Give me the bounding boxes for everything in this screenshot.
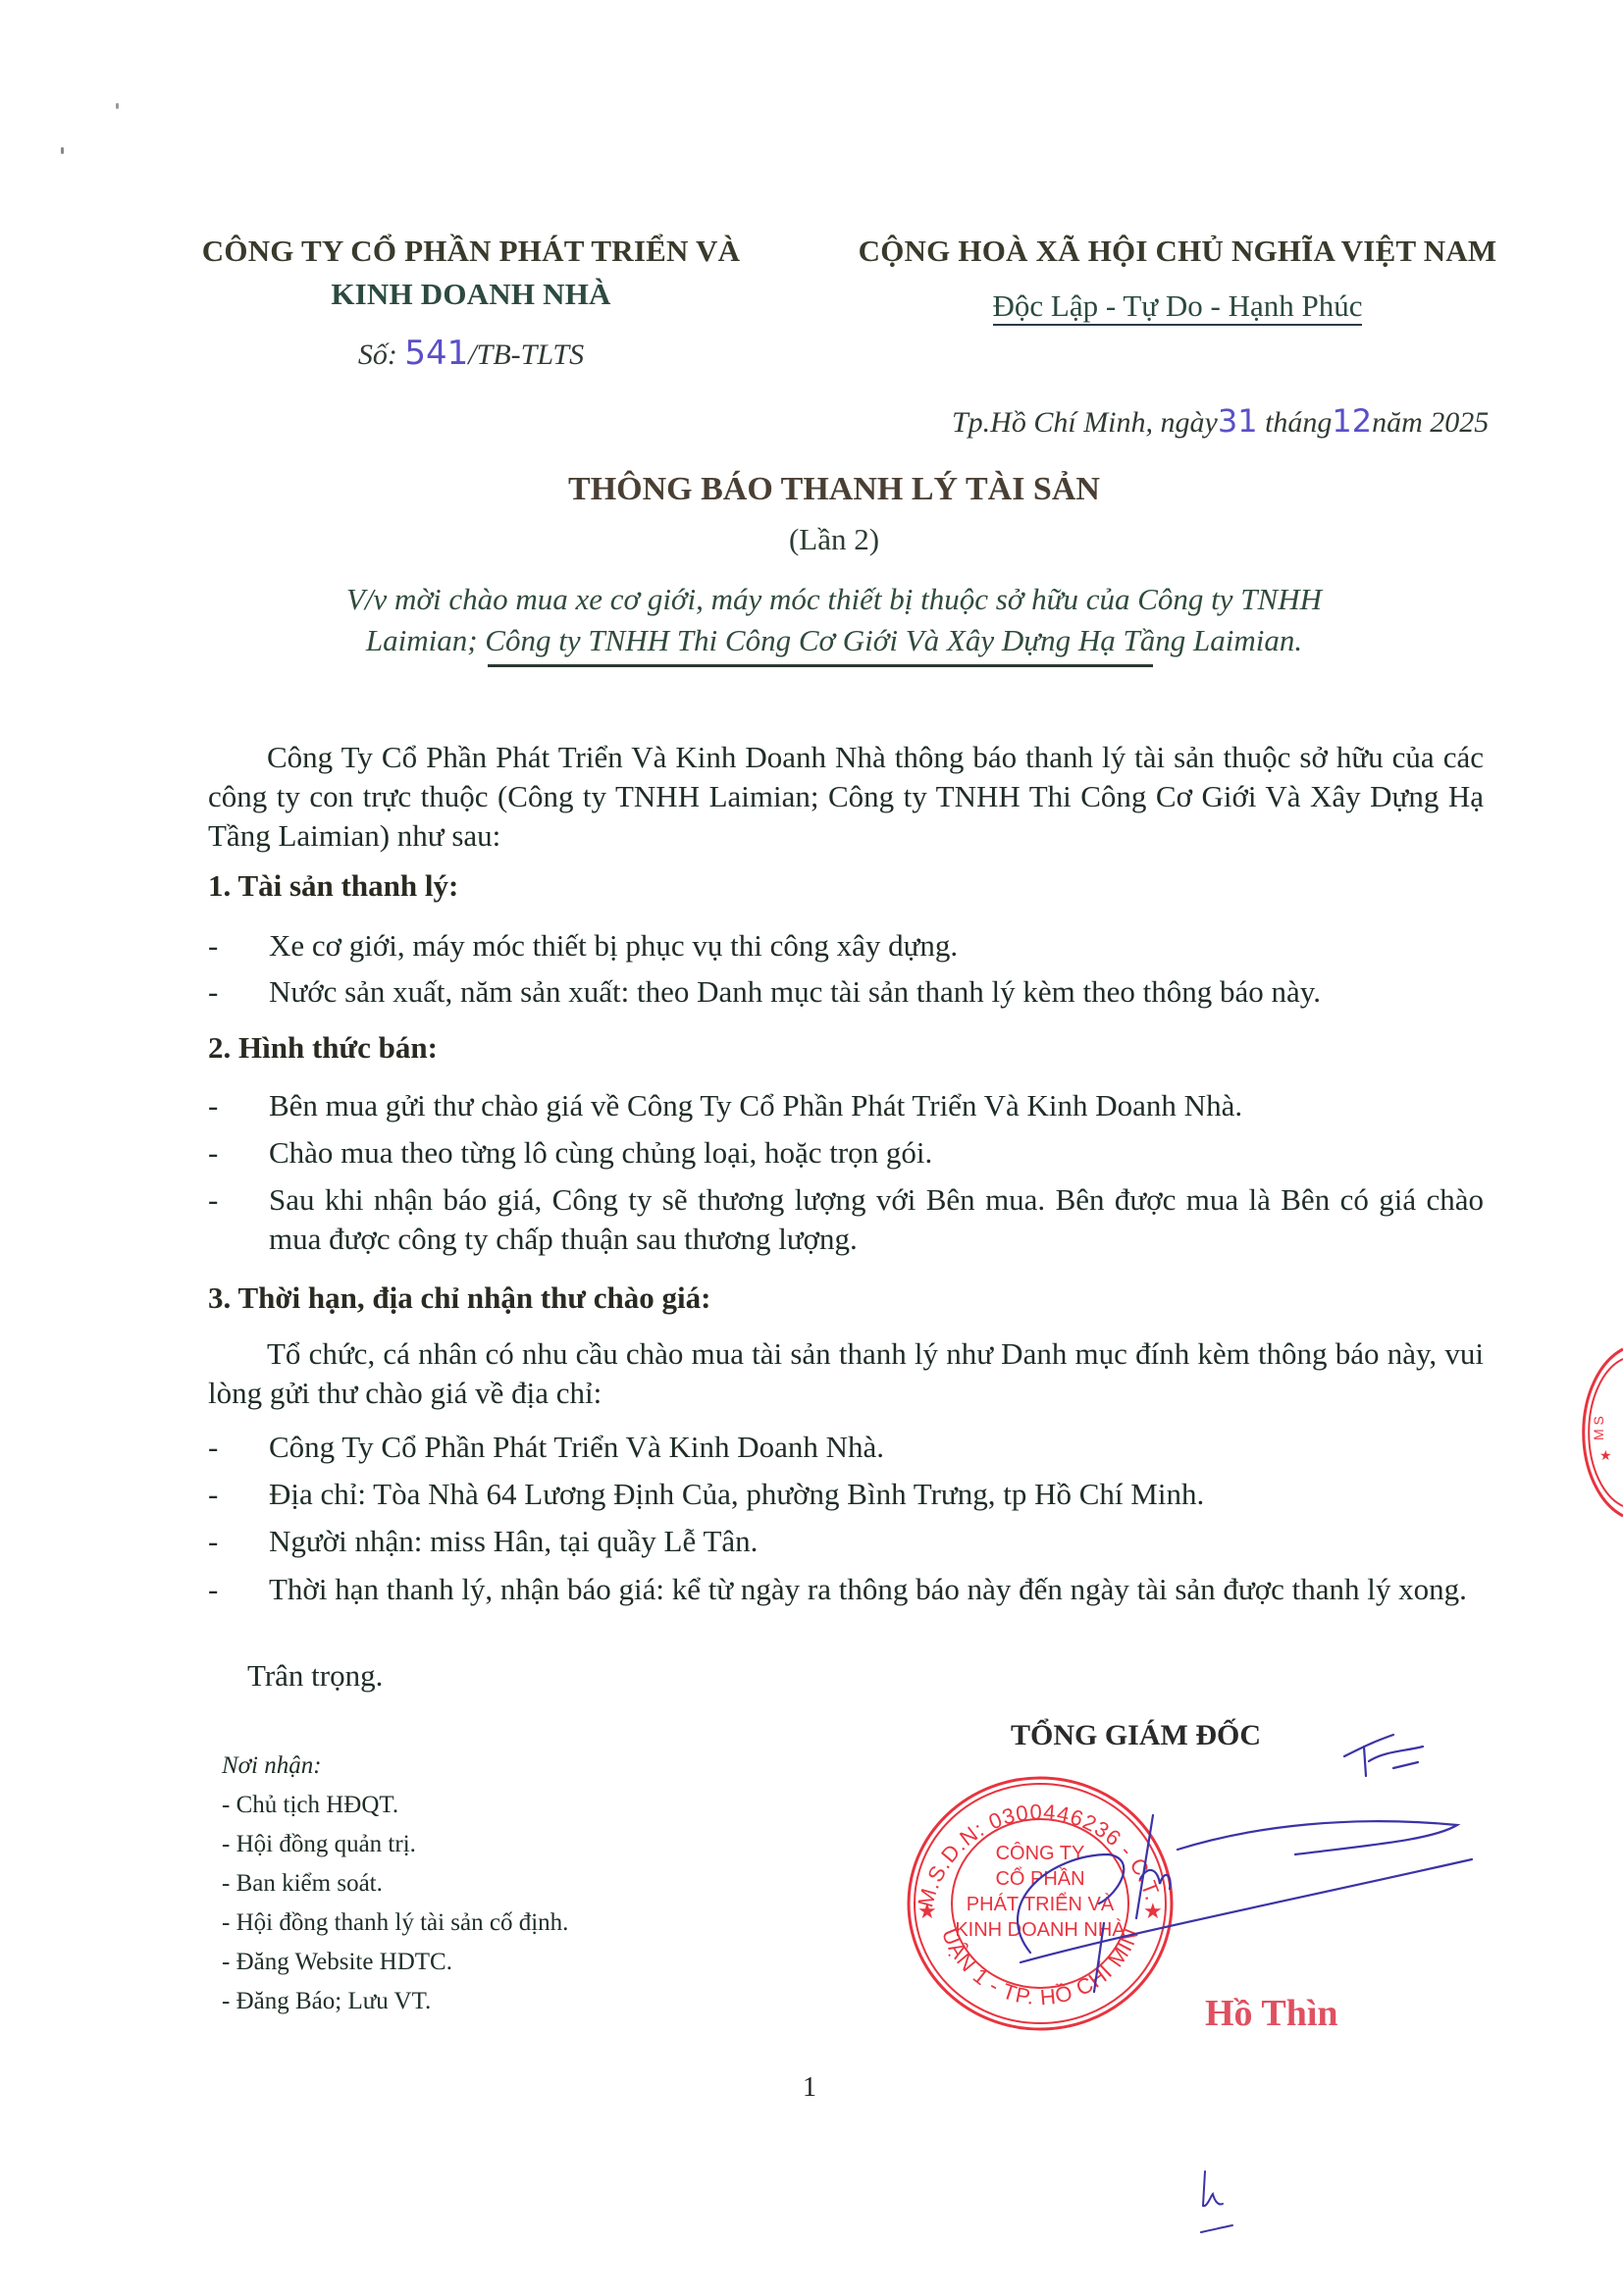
motto-text: Độc Lập - Tự Do - Hạnh Phúc [993, 288, 1363, 326]
section-2-heading: 2. Hình thức bán: [208, 1030, 438, 1066]
bullet-dash: - [208, 1133, 269, 1173]
bullet-dash: - [208, 1180, 269, 1259]
list-item: - Người nhận: miss Hân, tại quầy Lễ Tân. [208, 1522, 1484, 1561]
doc-number-suffix: /TB-TLTS [468, 339, 584, 371]
scan-speck [61, 147, 64, 154]
document-number: Số: 541/TB-TLTS [147, 334, 795, 373]
subject-line-1: V/v mời chào mua xe cơ giới, máy móc thi… [226, 579, 1442, 620]
notice-round: (Lần 2) [275, 522, 1393, 557]
bullet-text: Địa chỉ: Tòa Nhà 64 Lương Định Của, phườ… [269, 1475, 1484, 1514]
intro-paragraph: Công Ty Cổ Phần Phát Triển Và Kinh Doanh… [208, 738, 1484, 856]
section-1-heading: 1. Tài sản thanh lý: [208, 868, 458, 904]
bullet-dash: - [208, 1428, 269, 1467]
bullet-text: Công Ty Cổ Phần Phát Triển Và Kinh Doanh… [269, 1428, 1484, 1467]
company-name-line1: CÔNG TY CỔ PHẦN PHÁT TRIỂN VÀ [147, 234, 795, 269]
company-name-line2: KINH DOANH NHÀ [147, 277, 795, 312]
list-item: - Công Ty Cổ Phần Phát Triển Và Kinh Doa… [208, 1428, 1484, 1467]
scan-speck [116, 103, 119, 109]
national-motto: Độc Lập - Tự Do - Hạnh Phúc [824, 288, 1531, 324]
bullet-text: Xe cơ giới, máy móc thiết bị phục vụ thi… [269, 926, 1484, 965]
bullet-text: Chào mua theo từng lô cùng chủng loại, h… [269, 1133, 1484, 1173]
date-line: Tp.Hồ Chí Minh, ngày31 tháng12năm 2025 [952, 402, 1489, 440]
list-item: - Thời hạn thanh lý, nhận báo giá: kể từ… [208, 1570, 1484, 1609]
recipient-item: - Đăng Website HDTC. [222, 1943, 568, 1982]
bullet-dash: - [208, 972, 269, 1012]
list-item: - Địa chỉ: Tòa Nhà 64 Lương Định Của, ph… [208, 1475, 1484, 1514]
bullet-text: Người nhận: miss Hân, tại quầy Lễ Tân. [269, 1522, 1484, 1561]
subject-line-2: Laimian; Công ty TNHH Thi Công Cơ Giới V… [226, 620, 1442, 661]
bullet-dash: - [208, 1522, 269, 1561]
recipients-block: Nơi nhận: - Chủ tịch HĐQT. - Hội đồng qu… [222, 1747, 568, 2021]
recipient-item: - Ban kiểm soát. [222, 1864, 568, 1904]
list-item: - Sau khi nhận báo giá, Công ty sẽ thươn… [208, 1180, 1484, 1259]
recipient-item: - Hội đồng thanh lý tài sản cố định. [222, 1904, 568, 1943]
date-month-label: tháng [1258, 406, 1333, 439]
list-item: - Xe cơ giới, máy móc thiết bị phục vụ t… [208, 926, 1484, 965]
list-item: - Bên mua gửi thư chào giá về Công Ty Cổ… [208, 1086, 1484, 1125]
date-year-label: năm 2025 [1372, 406, 1489, 439]
doc-number-handwritten: 541 [404, 334, 468, 373]
page-number: 1 [803, 2072, 816, 2104]
bullet-dash: - [208, 926, 269, 965]
bullet-text: Thời hạn thanh lý, nhận báo giá: kể từ n… [269, 1570, 1484, 1609]
doc-number-prefix: Số: [358, 339, 405, 371]
list-item: - Chào mua theo từng lô cùng chủng loại,… [208, 1133, 1484, 1173]
handwritten-signature [883, 1707, 1492, 2002]
notice-subject: V/v mời chào mua xe cơ giới, máy móc thi… [226, 579, 1442, 661]
title-divider [488, 664, 1153, 667]
date-month-handwritten: 12 [1332, 402, 1372, 440]
recipient-item: - Đăng Báo; Lưu VT. [222, 1982, 568, 2021]
bullet-dash: - [208, 1475, 269, 1514]
svg-text:M S: M S [1591, 1416, 1606, 1440]
republic-title: CỘNG HOÀ XÃ HỘI CHỦ NGHĨA VIỆT NAM [824, 234, 1531, 269]
date-day-handwritten: 31 [1218, 402, 1258, 440]
handwritten-initial [1197, 2166, 1246, 2245]
bullet-dash: - [208, 1570, 269, 1609]
closing-salutation: Trân trọng. [247, 1656, 383, 1696]
bullet-dash: - [208, 1086, 269, 1125]
svg-text:★: ★ [1599, 1448, 1612, 1464]
notice-title: THÔNG BÁO THANH LÝ TÀI SẢN [275, 471, 1393, 508]
bullet-text: Sau khi nhận báo giá, Công ty sẽ thương … [269, 1180, 1484, 1259]
recipient-item: - Chủ tịch HĐQT. [222, 1786, 568, 1825]
bullet-text: Bên mua gửi thư chào giá về Công Ty Cổ P… [269, 1086, 1484, 1125]
section-3-heading: 3. Thời hạn, địa chỉ nhận thư chào giá: [208, 1280, 710, 1316]
date-prefix: Tp.Hồ Chí Minh, ngày [952, 406, 1218, 439]
section-3-intro: Tổ chức, cá nhân có nhu cầu chào mua tài… [208, 1334, 1484, 1413]
bullet-text: Nước sản xuất, năm sản xuất: theo Danh m… [269, 972, 1484, 1012]
list-item: - Nước sản xuất, năm sản xuất: theo Danh… [208, 972, 1484, 1012]
recipient-item: - Hội đồng quản trị. [222, 1825, 568, 1864]
recipients-label: Nơi nhận: [222, 1747, 568, 1786]
page-seal-partial: M S ★ [1570, 1344, 1623, 1521]
signatory-name: Hồ Thìn [1205, 1992, 1338, 2035]
